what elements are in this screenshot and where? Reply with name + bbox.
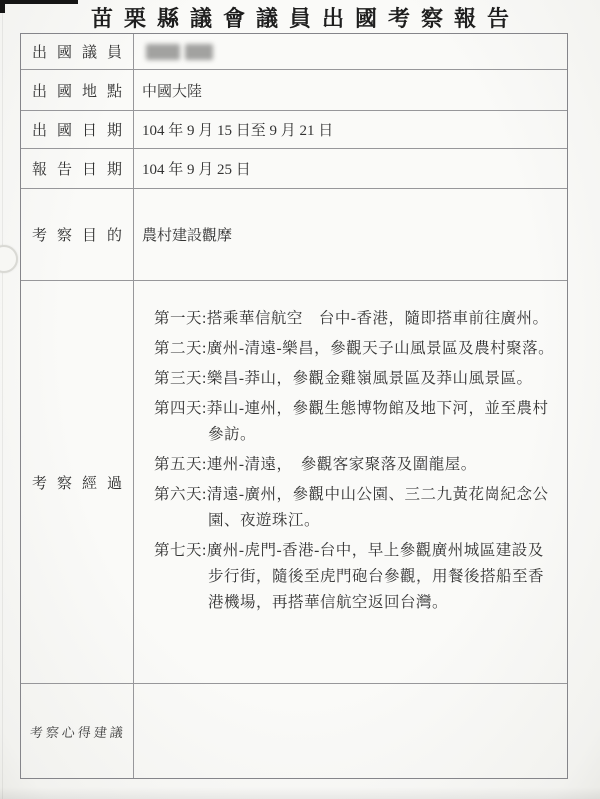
day-prefix: 第一天: [154,310,207,327]
day-text: 莽山-連州，參觀生態博物館及地下河，並至農村參訪。 [207,400,549,443]
destination-value: 中國大陸 [134,70,567,110]
day-text: 樂昌-莽山，參觀金雞嶺風景區及莽山風景區。 [207,370,533,387]
hole-punch [0,245,18,273]
scan-edge-line [2,0,3,799]
day-prefix: 第五天: [154,456,207,473]
table-row-traveler: 出國議員 [21,34,567,70]
scanned-report-page: 苗栗縣議會議員出國考察報告 出國議員 出國地點 中國大陸 出國日期 10 [0,0,600,799]
day-prefix: 第七天: [154,542,207,559]
itinerary-label: 考察經過 [32,472,132,493]
trip-dates-label: 出國日期 [32,119,132,140]
day-text: 廣州-虎門-香港-台中，早上參觀廣州城區建設及步行街，隨後至虎門砲台參觀，用餐後… [207,542,544,611]
itinerary-day-3: 第三天:樂昌-莽山，參觀金雞嶺風景區及莽山風景區。 [154,366,555,392]
redacted-name [142,44,213,60]
itinerary-day-2: 第二天:廣州-清遠-樂昌，參觀天子山風景區及農村聚落。 [154,336,555,362]
day-prefix: 第三天: [154,370,207,387]
traveler-label-cell: 出國議員 [21,34,134,69]
report-date-label: 報告日期 [32,158,132,179]
table-row-trip-dates: 出國日期 104 年 9 月 15 日至 9 月 21 日 [21,111,567,149]
day-text: 連州-清遠， 參觀客家聚落及圍龍屋。 [207,456,477,473]
day-text: 廣州-清遠-樂昌，參觀天子山風景區及農村聚落。 [207,340,554,357]
day-prefix: 第四天: [154,400,207,417]
notes-label-cell: 考察心得建議 [21,684,134,778]
itinerary-day-7: 第七天:廣州-虎門-香港-台中，早上參觀廣州城區建設及步行街，隨後至虎門砲台參觀… [154,538,555,616]
day-text: 搭乘華信航空 台中-香港，隨即搭車前往廣州。 [207,310,549,327]
destination-label: 出國地點 [32,80,132,101]
purpose-value: 農村建設觀摩 [134,189,567,280]
itinerary-day-6: 第六天:清遠-廣州，參觀中山公園、三二九黃花崗紀念公園、夜遊珠江。 [154,482,555,534]
itinerary-day-5: 第五天:連州-清遠， 參觀客家聚落及圍龍屋。 [154,452,555,478]
table-row-destination: 出國地點 中國大陸 [21,70,567,111]
purpose-label-cell: 考察目的 [21,189,134,280]
itinerary-label-cell: 考察經過 [21,281,134,683]
table-row-purpose: 考察目的 農村建設觀摩 [21,189,567,281]
itinerary-list: 第一天:搭乘華信航空 台中-香港，隨即搭車前往廣州。 第二天:廣州-清遠-樂昌，… [134,281,567,683]
table-row-notes: 考察心得建議 [21,684,567,778]
itinerary-day-4: 第四天:莽山-連州，參觀生態博物館及地下河，並至農村參訪。 [154,396,555,448]
traveler-label: 出國議員 [32,41,132,62]
notes-label: 考察心得建議 [29,722,127,741]
day-text: 清遠-廣州，參觀中山公園、三二九黃花崗紀念公園、夜遊珠江。 [207,486,549,529]
purpose-label: 考察目的 [32,224,132,245]
table-row-report-date: 報告日期 104 年 9 月 25 日 [21,149,567,189]
redaction-blur-block [146,44,180,60]
redaction-blur-block [185,44,213,60]
day-prefix: 第六天: [154,486,207,503]
report-date-label-cell: 報告日期 [21,149,134,188]
trip-dates-label-cell: 出國日期 [21,111,134,148]
report-date-value: 104 年 9 月 25 日 [134,149,567,188]
destination-label-cell: 出國地點 [21,70,134,110]
table-row-itinerary: 考察經過 第一天:搭乘華信航空 台中-香港，隨即搭車前往廣州。 第二天:廣州-清… [21,281,567,684]
page-title: 苗栗縣議會議員出國考察報告 [0,2,600,33]
report-table: 出國議員 出國地點 中國大陸 出國日期 104 年 9 月 15 日至 9 月 … [20,33,568,779]
traveler-value-cell [134,34,567,69]
itinerary-day-1: 第一天:搭乘華信航空 台中-香港，隨即搭車前往廣州。 [154,306,555,332]
trip-dates-value: 104 年 9 月 15 日至 9 月 21 日 [134,111,567,148]
day-prefix: 第二天: [154,340,207,357]
notes-value-empty [134,684,567,778]
